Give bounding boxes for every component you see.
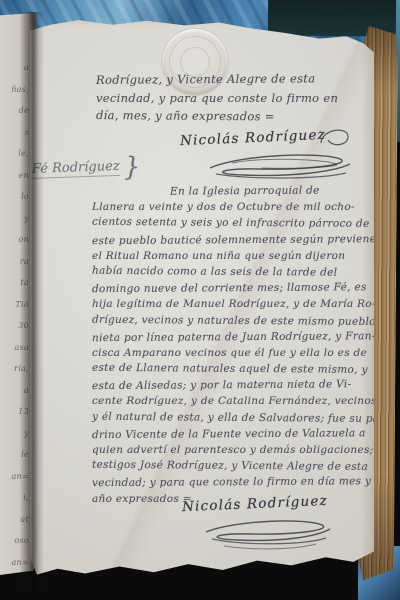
handwriting-fragment: y bbox=[0, 208, 34, 230]
handwritten-line: cisca Amparano vecinos que él fue y ella… bbox=[92, 345, 400, 361]
handwritten-line: Llanera a veinte y dos de Octubre de mil… bbox=[92, 199, 400, 215]
handwriting-fragment: Tió bbox=[0, 294, 34, 316]
handwritten-line: cientos setenta y seis yo el infrascrito… bbox=[92, 214, 400, 233]
handwriting-fragment: ta bbox=[0, 272, 34, 294]
manuscript-page: 30. Rodríguez, y Vicente Alegre de estav… bbox=[30, 12, 374, 592]
handwriting-fragment: at bbox=[0, 509, 34, 531]
handwriting-fragment: en bbox=[0, 165, 34, 187]
handwritten-line: dríguez, vecinos y naturales de este mis… bbox=[92, 311, 400, 330]
handwriting-fragment: le, bbox=[0, 143, 34, 165]
handwriting-fragment: on bbox=[0, 229, 34, 251]
handwritten-line: Rodríguez, y Vicente Alegre de esta bbox=[96, 69, 338, 89]
signature-flourish-icon bbox=[318, 124, 352, 150]
handwriting-fragment: y bbox=[0, 423, 34, 445]
handwritten-line: y él natural de esta, y ella de Salvador… bbox=[92, 408, 400, 427]
margin-heading: Fé Rodríguez} bbox=[32, 152, 141, 186]
handwritten-line: quien advertí el parentesco y demás obli… bbox=[92, 442, 400, 458]
handwritten-line: hija legítima de Manuel Rodríguez, y de … bbox=[92, 296, 400, 312]
margin-name: Fé Rodríguez bbox=[32, 159, 120, 179]
previous-page-edge: añas,desle,enloyonrataTió30asaría,a13yle… bbox=[0, 13, 34, 575]
handwriting-fragment: ría, bbox=[0, 358, 34, 380]
handwriting-fragment: asa bbox=[0, 337, 34, 359]
handwritten-line: cente Rodríguez, y de Catalina Fernández… bbox=[92, 393, 400, 409]
handwritten-line: el Ritual Romano una niña que según dije… bbox=[92, 248, 400, 264]
handwriting-fragment: an= bbox=[0, 552, 34, 574]
baptism-entry-text: En la Iglesia parroquial deLlanera a vei… bbox=[92, 183, 400, 507]
handwriting-fragment: 30 bbox=[0, 315, 34, 337]
handwritten-line: día, mes, y año expresados = bbox=[96, 106, 338, 126]
handwriting-fragment: ñas, bbox=[0, 79, 34, 101]
previous-entry-text: Rodríguez, y Vicente Alegre de estavecin… bbox=[96, 70, 338, 126]
handwritten-line: drino Vicente de la Fuente vecino de Val… bbox=[92, 425, 400, 443]
handwritten-line: nieta por línea paterna de Juan Rodrígue… bbox=[92, 328, 400, 346]
handwriting-fragment: i, bbox=[0, 487, 34, 509]
handwritten-line: domingo nueve del corriente mes; llamose… bbox=[92, 279, 400, 297]
handwriting-fragment: lo bbox=[0, 186, 34, 208]
handwriting-fragment: de bbox=[0, 100, 34, 122]
handwriting-fragment: oso bbox=[0, 530, 34, 552]
handwriting-fragment: s bbox=[0, 122, 34, 144]
photo-of-manuscript-page: añas,desle,enloyonrataTió30asaría,a13yle… bbox=[0, 0, 400, 600]
margin-brace: } bbox=[123, 152, 141, 183]
handwritten-line: vecindad; y para que conste lo firmo en … bbox=[92, 473, 400, 491]
handwriting-fragment: an= bbox=[0, 466, 34, 488]
handwritten-line: vecindad, y para que conste lo firmo en bbox=[96, 89, 338, 108]
handwriting-fragment: 13 bbox=[0, 401, 34, 423]
handwriting-fragment: le bbox=[0, 444, 34, 466]
handwritten-line: este pueblo bauticé solemnemente según p… bbox=[92, 230, 400, 248]
handwriting-fragment: a bbox=[0, 380, 34, 402]
handwriting-fragment: a bbox=[0, 57, 34, 79]
signature-rubric-icon bbox=[198, 516, 338, 556]
handwritten-line: esta de Alisedas; y por la materna nieta… bbox=[92, 376, 400, 394]
handwriting-fragment: ra bbox=[0, 251, 34, 273]
handwritten-line: En la Iglesia parroquial de bbox=[92, 182, 400, 200]
signature-nicolas-rodriguez: Nicolás Rodríguez bbox=[180, 127, 327, 149]
